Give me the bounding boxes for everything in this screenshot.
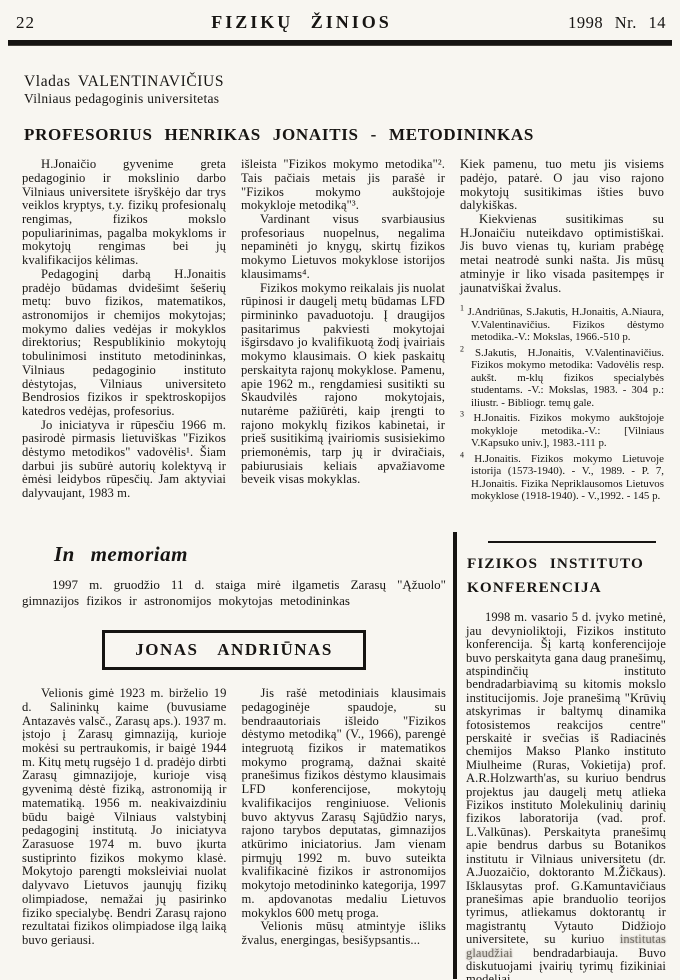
article-paragraph: Pedagoginį darbą H.Jonaitis pradėjo būda…: [22, 268, 226, 419]
article-column-1: H.Jonaičio gyvenime greta pedagoginio ir…: [22, 158, 226, 526]
conference-section: FIZIKOS INSTITUTO KONFERENCIJA 1998 m. v…: [466, 532, 666, 980]
footnote: 4 H.Jonaitis. Fizikos mokymo Lietuvoje i…: [460, 453, 664, 503]
article-column-2: išleista "Fizikos mokymo metodika"². Tai…: [241, 158, 445, 526]
footnote: 3 H.Jonaitis. Fizikos mokymo aukštojoje …: [460, 412, 664, 450]
footnote-text: H.Jonaitis. Fizikos mokymo Lietuvoje ist…: [471, 453, 664, 503]
article-paragraph: Kiekvienas susitikimas su H.Jonaičiu nut…: [460, 213, 664, 295]
footnote-text: J.Andriūnas, S.Jakutis, H.Jonaitis, A.Ni…: [468, 306, 664, 343]
footnote-number: 4: [460, 450, 464, 459]
author-affiliation: Vilniaus pedagoginis universitetas: [24, 91, 680, 108]
journal-title: FIZIKŲ ŽINIOS: [211, 12, 392, 33]
conference-body: 1998 m. vasario 5 d. įvyko metinė, jau d…: [466, 611, 666, 980]
column-divider: [453, 532, 457, 979]
conference-heading: FIZIKOS INSTITUTO KONFERENCIJA: [467, 552, 666, 599]
memoriam-paragraph: Jis rašė metodiniais klausimais pedagogi…: [242, 687, 447, 920]
memoriam-paragraph: Velionis mūsų atmintyje išliks žvalus, e…: [242, 920, 447, 947]
in-memoriam-section: In memoriam 1997 m. gruodžio 11 d. staig…: [22, 532, 446, 980]
byline: Vladas VALENTINAVIČIUS Vilniaus pedagogi…: [24, 72, 680, 108]
in-memoriam-heading: In memoriam: [54, 542, 446, 567]
footnote-number: 1: [460, 304, 464, 313]
article-title: PROFESORIUS HENRIKAS JONAITIS - METODINI…: [24, 125, 680, 145]
footnote: 1 J.Andriūnas, S.Jakutis, H.Jonaitis, A.…: [460, 306, 664, 344]
memoriam-body: Velionis gimė 1923 m. birželio 19 d. Sal…: [22, 687, 446, 947]
masthead: 22 FIZIKŲ ŽINIOS 1998 Nr. 14: [0, 0, 680, 33]
memoriam-column-1: Velionis gimė 1923 m. birželio 19 d. Sal…: [22, 687, 227, 947]
article-paragraph: Jo iniciatyva ir rūpesčiu 1966 m. pasiro…: [22, 419, 226, 501]
article-paragraph: išleista "Fizikos mokymo metodika"². Tai…: [241, 158, 445, 213]
footnote-number: 3: [460, 410, 464, 419]
memoriam-column-2: Jis rašė metodiniais klausimais pedagogi…: [242, 687, 447, 947]
footnote-text: H.Jonaitis. Fizikos mokymo aukštojoje mo…: [471, 412, 664, 449]
footnote: 2 S.Jakutis, H.Jonaitis, V.Valentinaviči…: [460, 347, 664, 410]
deceased-name-box: JONAS ANDRIŪNAS: [102, 630, 366, 670]
bottom-section: In memoriam 1997 m. gruodžio 11 d. staig…: [0, 526, 680, 980]
conference-section-rule: [488, 541, 656, 543]
article-paragraph: Kiek pamenu, tuo metu jis visiems padėjo…: [460, 158, 664, 213]
author-name: Vladas VALENTINAVIČIUS: [24, 72, 680, 91]
article-column-3: Kiek pamenu, tuo metu jis visiems padėjo…: [460, 158, 664, 526]
masthead-rule: [8, 40, 672, 46]
deceased-name: JONAS ANDRIŪNAS: [135, 640, 333, 659]
article-paragraph: Vardinant visus svarbiausius profesoriau…: [241, 213, 445, 282]
footnote-text: S.Jakutis, H.Jonaitis, V.Valentinavičius…: [471, 347, 664, 409]
article-paragraph: H.Jonaičio gyvenime greta pedagoginio ir…: [22, 158, 226, 268]
journal-page: 22 FIZIKŲ ŽINIOS 1998 Nr. 14 Vladas VALE…: [0, 0, 680, 980]
memoriam-lead: 1997 m. gruodžio 11 d. staiga mirė ilgam…: [22, 577, 446, 609]
page-number: 22: [16, 13, 35, 33]
article-body: H.Jonaičio gyvenime greta pedagoginio ir…: [0, 145, 680, 526]
memoriam-paragraph: Velionis gimė 1923 m. birželio 19 d. Sal…: [22, 687, 227, 947]
issue-number: 1998 Nr. 14: [568, 13, 666, 33]
footnotes: 1 J.Andriūnas, S.Jakutis, H.Jonaitis, A.…: [460, 306, 664, 503]
footnote-number: 2: [460, 344, 464, 353]
article-paragraph: Fizikos mokymo reikalais jis nuolat rūpi…: [241, 282, 445, 488]
conference-text: 1998 m. vasario 5 d. įvyko metinė, jau d…: [466, 610, 666, 946]
